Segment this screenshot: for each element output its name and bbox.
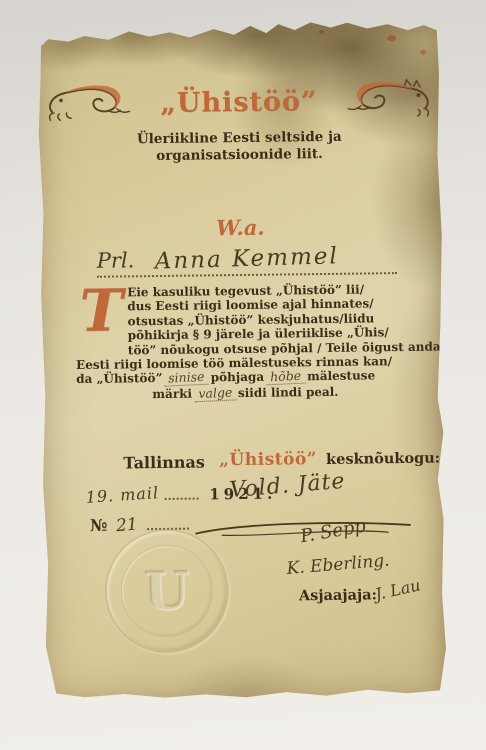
seal-letter: U: [106, 530, 227, 651]
clerk-label: Asjaajaja:: [299, 586, 377, 604]
handwritten-word-ribbon: valge: [194, 385, 237, 402]
salutation-monogram: W.a.: [38, 213, 442, 243]
council-org-name: „Ühistöö”: [219, 449, 317, 470]
certificate-content: „Ühistöö” Üleriikline: [36, 20, 448, 701]
signature-member-2: K. Eberling.: [286, 551, 390, 579]
recipient-name: Anna Kemmel: [154, 243, 339, 274]
dragon-ornament-left-icon: [45, 81, 154, 126]
certificate-paper: „Ühistöö” Üleriikline: [36, 20, 448, 701]
body-text: siidi lindi peal.: [238, 385, 339, 400]
body-paragraph: T Eie kasuliku tegevust „Ühistöö” lii/ d…: [75, 282, 414, 403]
place-label: Tallinnas: [123, 452, 205, 472]
drop-cap-initial: T: [75, 285, 128, 344]
subtitle-line-2: organisatsioonide liit.: [37, 144, 441, 166]
handwritten-date: 19. mail: [85, 483, 160, 507]
body-text: märki: [152, 386, 192, 400]
council-heading: „Ühistöö” kesknõukogu:: [219, 448, 440, 471]
header-ornament-row: „Ühistöö”: [37, 78, 442, 127]
organization-subtitle: Üleriikline Eesti seltside ja organisats…: [37, 128, 441, 167]
dotted-leader: [164, 486, 198, 500]
council-label: kesknõukogu:: [326, 450, 440, 468]
number-label: №: [90, 516, 108, 535]
handwritten-word-metal: hõbe: [266, 369, 306, 386]
body-text: mälestuse: [307, 369, 375, 384]
recipient-prefix: Prl.: [97, 248, 135, 272]
recipient-line: Prl. Anna Kemmel: [97, 244, 397, 278]
document-title: „Ühistöö”: [160, 86, 318, 119]
dragon-ornament-right-icon: [324, 78, 433, 123]
signature-clerk: J. Lau: [373, 575, 422, 604]
photo-background: „Ühistöö” Üleriikline: [0, 0, 486, 750]
signature-chairman: Vold. Jäte: [229, 469, 347, 503]
body-text: da „Ühistöö”: [76, 371, 162, 386]
embossed-seal: U: [104, 528, 230, 654]
body-text: põhjaga: [211, 370, 265, 385]
